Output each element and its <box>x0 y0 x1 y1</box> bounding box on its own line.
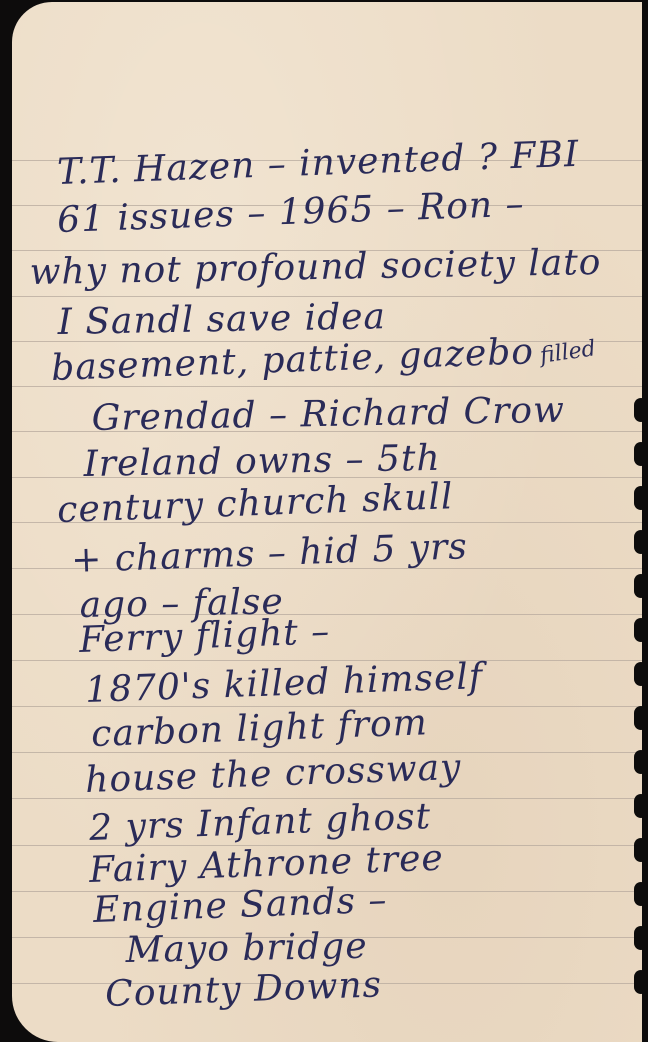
perforation-notch <box>634 926 642 950</box>
handwritten-line: carbon light from <box>91 702 429 755</box>
perforation-notch <box>634 486 642 510</box>
perforation-notch <box>634 794 642 818</box>
perforation-notch <box>634 750 642 774</box>
perforation-notch <box>634 618 642 642</box>
perforation-notch <box>634 882 642 906</box>
handwritten-line: I Sandl save idea <box>57 296 386 343</box>
perforation-notch <box>634 706 642 730</box>
perforation-notch <box>634 574 642 598</box>
handwritten-line: 61 issues – 1965 – Ron – <box>57 184 526 241</box>
perforation-notch <box>634 398 642 422</box>
handwritten-line: Grendad – Richard Crow <box>91 390 565 439</box>
perforation-notch <box>634 970 642 994</box>
handwritten-line: house the crossway <box>85 747 462 801</box>
handwritten-line: why not profound society lato <box>29 242 601 293</box>
perforation-notch <box>634 838 642 862</box>
handwritten-line: Mayo bridge <box>125 926 368 971</box>
handwritten-line: Ferry flight – <box>79 611 331 661</box>
perforated-edge <box>628 2 642 1024</box>
handwritten-line: + charms – hid 5 yrs <box>71 526 469 581</box>
perforation-notch <box>634 442 642 466</box>
handwritten-line: County Downs <box>105 964 383 1015</box>
perforation-notch <box>634 662 642 686</box>
notepad-page: T.T. Hazen – invented ? FBI61 issues – 1… <box>12 2 642 1024</box>
perforation-notch <box>634 530 642 554</box>
